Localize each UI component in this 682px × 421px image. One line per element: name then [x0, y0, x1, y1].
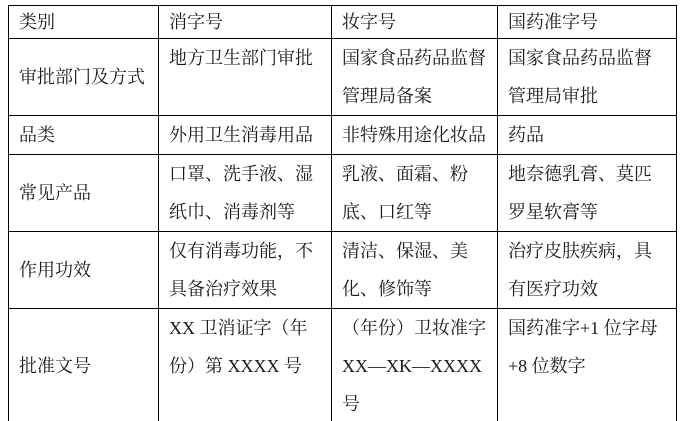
table-row-approval: 审批部门及方式 地方卫生部门审批 国家食品药品监督管理局备案 国家食品药品监督管… — [9, 39, 677, 116]
table-cell: 外用卫生消毒用品 — [159, 116, 332, 155]
document-page: 类别 消字号 妆字号 国药准字号 审批部门及方式 地方卫生部门审批 国家食品药品… — [0, 0, 682, 421]
header-cell-xiao: 消字号 — [159, 6, 332, 39]
row-label: 作用功效 — [9, 232, 159, 309]
table-cell: 地方卫生部门审批 — [159, 39, 332, 116]
comparison-table: 类别 消字号 妆字号 国药准字号 审批部门及方式 地方卫生部门审批 国家食品药品… — [8, 5, 677, 421]
table-cell: 治疗皮肤疾病，具有医疗功效 — [498, 232, 677, 309]
table-cell: 乳液、面霜、粉底、口红等 — [332, 155, 498, 232]
table-cell: 口罩、洗手液、湿纸巾、消毒剂等 — [159, 155, 332, 232]
table-cell: （年份）卫妆准字 XX—XK—XXXX 号 — [332, 309, 498, 421]
row-label: 审批部门及方式 — [9, 39, 159, 116]
header-row: 类别 消字号 妆字号 国药准字号 — [9, 6, 677, 39]
table-cell: 药品 — [498, 116, 677, 155]
table-cell: 非特殊用途化妆品 — [332, 116, 498, 155]
table-row-category: 品类 外用卫生消毒用品 非特殊用途化妆品 药品 — [9, 116, 677, 155]
table-cell: XX 卫消证字（年份）第 XXXX 号 — [159, 309, 332, 421]
table-cell: 国家食品药品监督管理局审批 — [498, 39, 677, 116]
row-label: 批准文号 — [9, 309, 159, 421]
row-label: 常见产品 — [9, 155, 159, 232]
table-cell: 清洁、保湿、美化、修饰等 — [332, 232, 498, 309]
header-cell-guoyao: 国药准字号 — [498, 6, 677, 39]
header-cell-zhuang: 妆字号 — [332, 6, 498, 39]
header-cell-category: 类别 — [9, 6, 159, 39]
table-cell: 地奈德乳膏、莫匹罗星软膏等 — [498, 155, 677, 232]
table-row-effect: 作用功效 仅有消毒功能，不具备治疗效果 清洁、保湿、美化、修饰等 治疗皮肤疾病，… — [9, 232, 677, 309]
table-row-products: 常见产品 口罩、洗手液、湿纸巾、消毒剂等 乳液、面霜、粉底、口红等 地奈德乳膏、… — [9, 155, 677, 232]
table-row-approval-number: 批准文号 XX 卫消证字（年份）第 XXXX 号 （年份）卫妆准字 XX—XK—… — [9, 309, 677, 421]
row-label: 品类 — [9, 116, 159, 155]
table-cell: 仅有消毒功能，不具备治疗效果 — [159, 232, 332, 309]
table-cell: 国家食品药品监督管理局备案 — [332, 39, 498, 116]
table-cell: 国药准字+1 位字母+8 位数字 — [498, 309, 677, 421]
